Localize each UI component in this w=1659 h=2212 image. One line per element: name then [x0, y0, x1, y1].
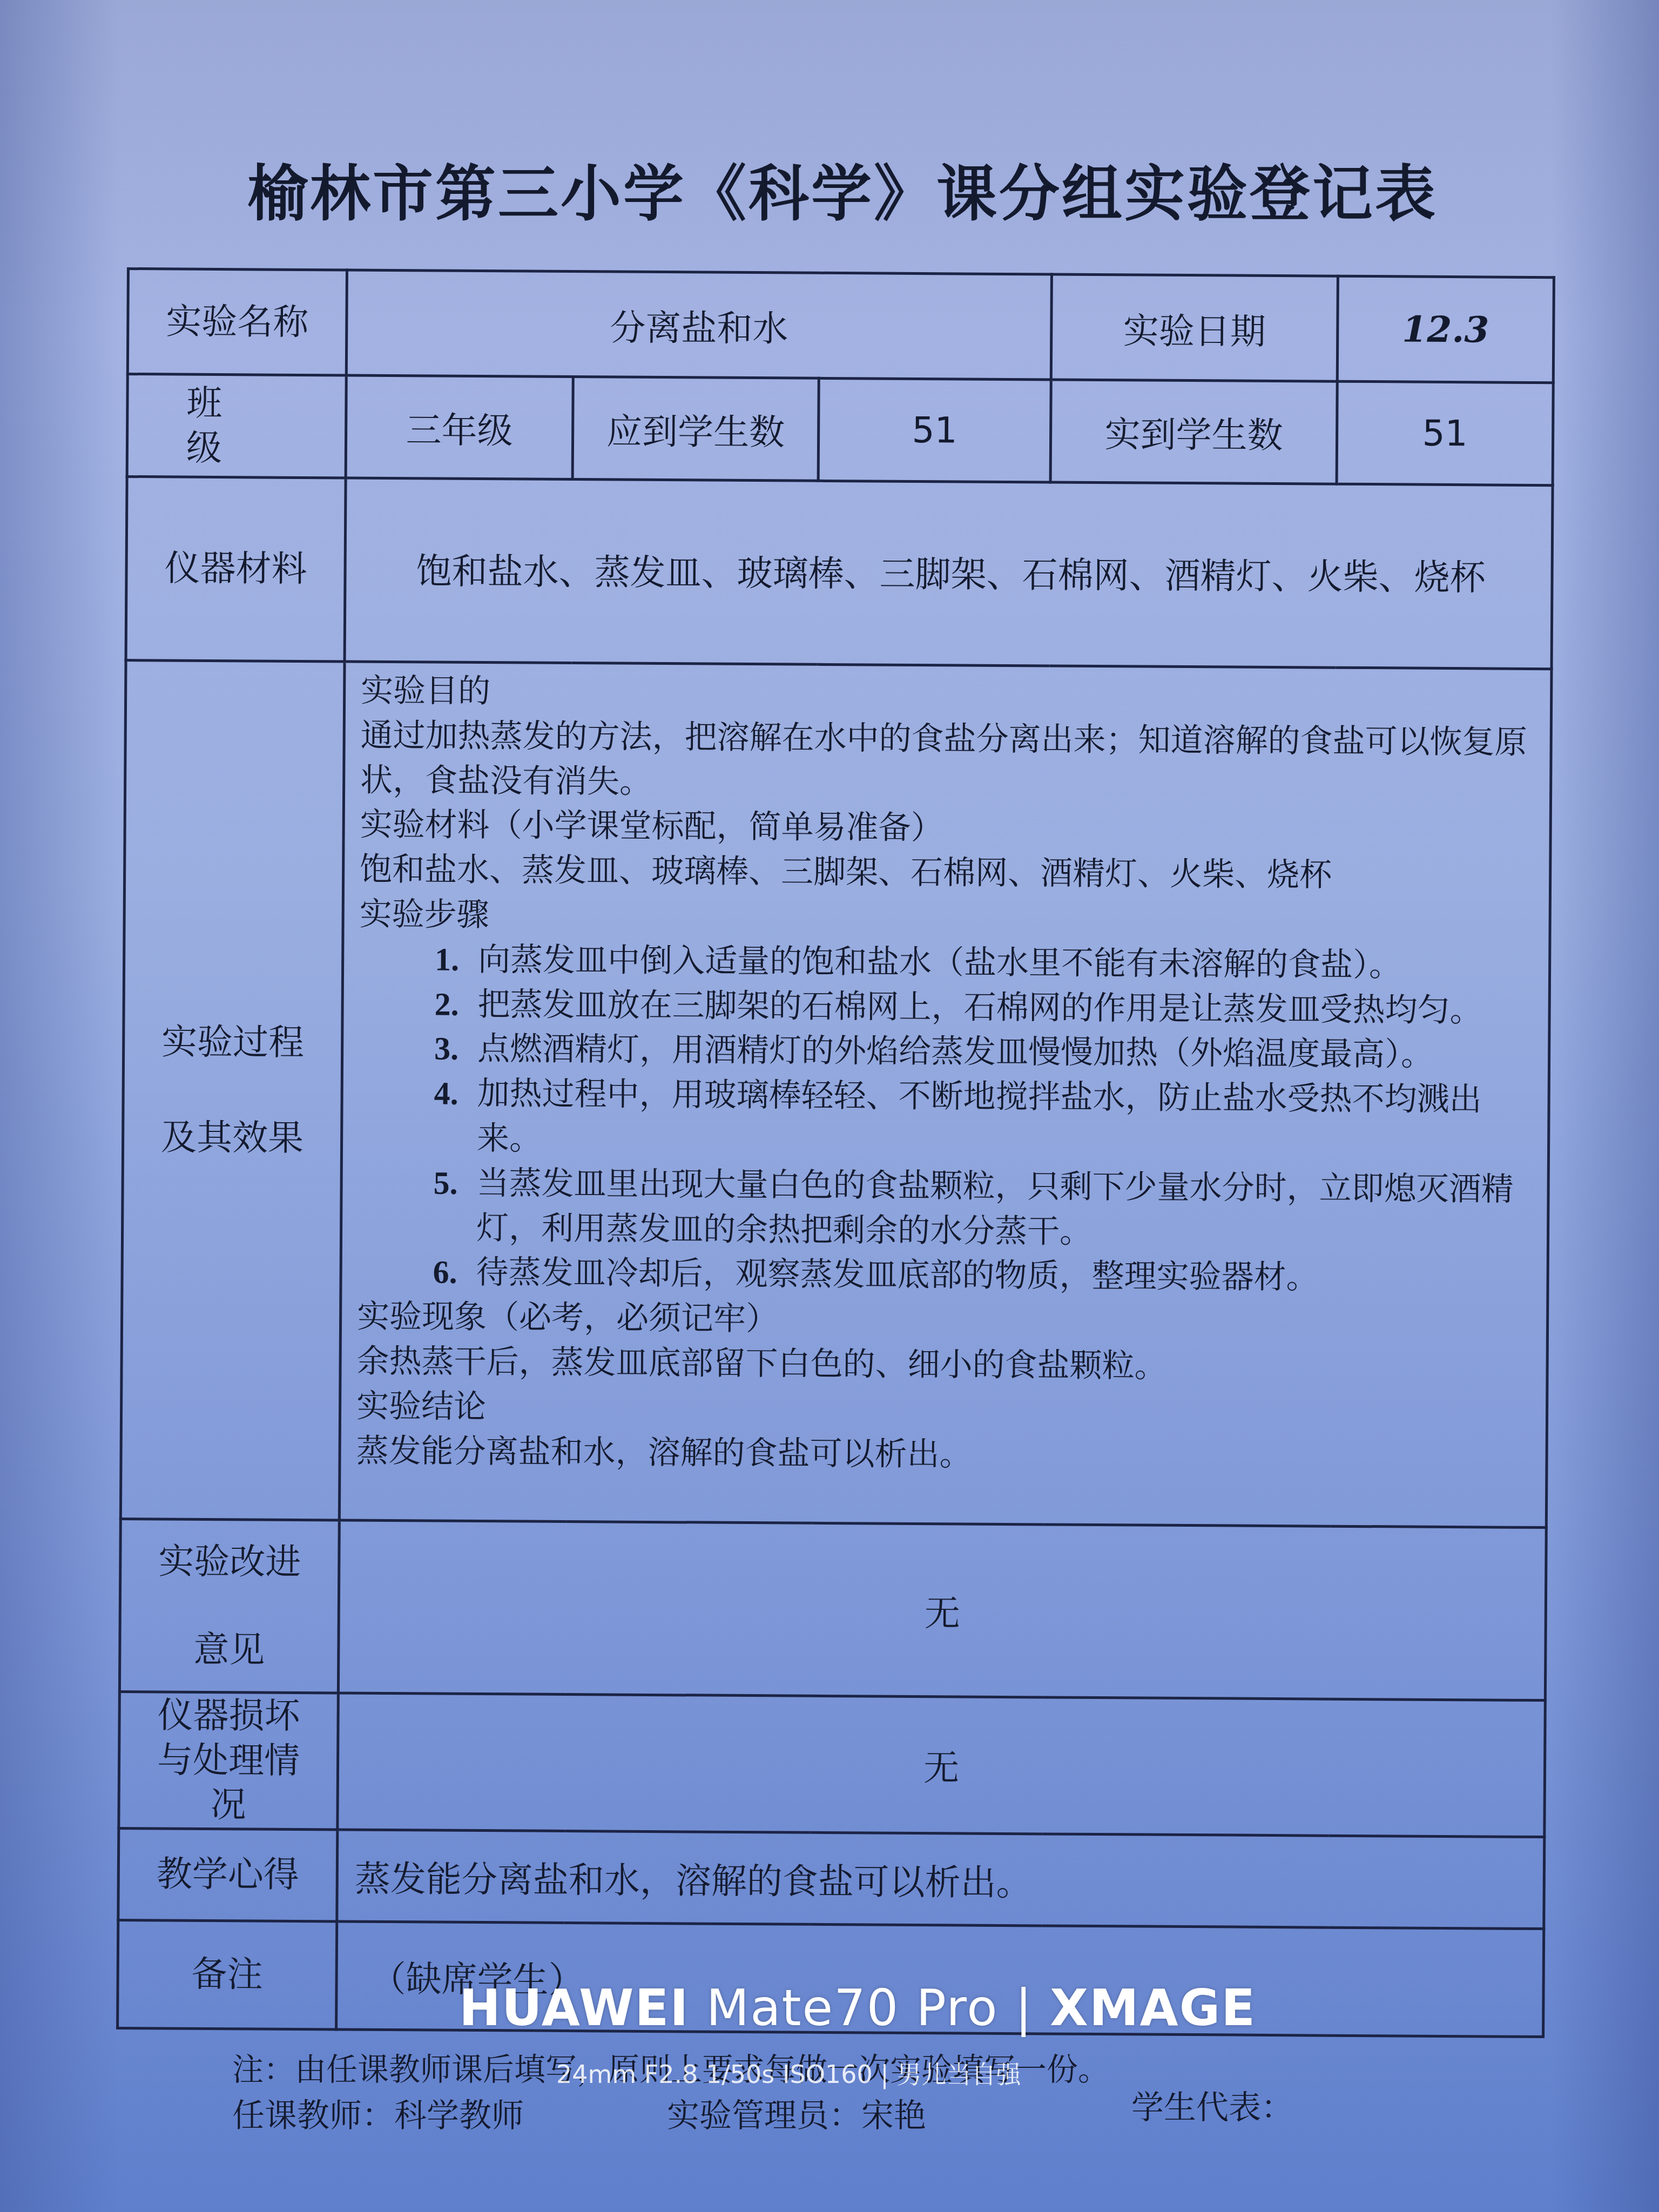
actual-students-value: 51 — [1337, 381, 1553, 485]
process-content: 实验目的 通过加热蒸发的方法，把溶解在水中的食盐分离出来；知道溶解的食盐可以恢复… — [339, 662, 1552, 1528]
experiment-name-value: 分离盐和水 — [346, 270, 1051, 380]
expected-students-value: 51 — [818, 378, 1051, 482]
equipment-label: 仪器材料 — [126, 477, 346, 662]
experiment-name-label: 实验名称 — [127, 269, 347, 375]
photo-shadow-right — [1551, 0, 1659, 2212]
purpose-text: 通过加热蒸发的方法，把溶解在水中的食盐分离出来；知道溶解的食盐可以恢复原状，食盐… — [360, 713, 1539, 810]
experiment-registration-table: 实验名称 分离盐和水 实验日期 12.3 班级 三年级 应到学生数 51 实到学… — [116, 267, 1555, 2038]
watermark-brand: HUAWEI — [459, 1979, 690, 2037]
materials-heading: 实验材料（小学课堂标配，简单易准备） — [360, 802, 1538, 854]
remarks-label: 备注 — [118, 1920, 337, 2029]
step-item: 加热过程中，用玻璃棒轻轻、不断地搅拌盐水，防止盐水受热不均溅出来。 — [466, 1071, 1537, 1168]
materials-text: 饱和盐水、蒸发皿、玻璃棒、三脚架、石棉网、酒精灯、火柴、烧杯 — [360, 847, 1538, 899]
improvement-value: 无 — [338, 1520, 1546, 1701]
lab-manager-signature: 实验管理员：宋艳 — [667, 2090, 926, 2136]
step-item: 把蒸发皿放在三脚架的石棉网上，石棉网的作用是让蒸发皿受热均匀。 — [467, 982, 1537, 1033]
row-damage: 仪器损坏与处理情况 无 — [119, 1691, 1546, 1837]
steps-list: 向蒸发皿中倒入适量的饱和盐水（盐水里不能有未溶解的食盐）。 把蒸发皿放在三脚架的… — [357, 936, 1537, 1301]
conclusion-text: 蒸发能分离盐和水，溶解的食盐可以析出。 — [356, 1428, 1534, 1480]
expected-students-label: 应到学生数 — [572, 377, 819, 481]
conclusion-heading: 实验结论 — [356, 1384, 1535, 1435]
row-experiment-name: 实验名称 分离盐和水 实验日期 12.3 — [127, 269, 1554, 383]
process-label-line2: 及其效果 — [124, 1115, 340, 1161]
process-label: 实验过程 及其效果 — [120, 660, 345, 1520]
step-item: 当蒸发皿里出现大量白色的食盐颗粒，只剩下少量水分时，立即熄灭酒精灯，利用蒸发皿的… — [466, 1161, 1536, 1257]
row-process: 实验过程 及其效果 实验目的 通过加热蒸发的方法，把溶解在水中的食盐分离出来；知… — [120, 660, 1552, 1528]
experiment-date-label: 实验日期 — [1051, 274, 1338, 381]
process-label-line1: 实验过程 — [125, 1020, 341, 1065]
phenomenon-heading: 实验现象（必考，必须记牢） — [357, 1294, 1535, 1346]
row-equipment: 仪器材料 饱和盐水、蒸发皿、玻璃棒、三脚架、石棉网、酒精灯、火柴、烧杯 — [126, 477, 1553, 669]
watermark-separator: | — [1015, 1979, 1033, 2037]
row-class-students: 班级 三年级 应到学生数 51 实到学生数 51 — [127, 374, 1553, 485]
teaching-notes-label: 教学心得 — [118, 1828, 338, 1921]
teaching-notes-value: 蒸发能分离盐和水，溶解的食盐可以析出。 — [337, 1829, 1545, 1928]
step-item: 待蒸发皿冷却后，观察蒸发皿底部的物质，整理实验器材。 — [465, 1250, 1536, 1301]
student-representative-signature: 学生代表： — [1131, 2082, 1293, 2128]
row-teaching-notes: 教学心得 蒸发能分离盐和水，溶解的食盐可以析出。 — [118, 1828, 1545, 1928]
watermark-model: Mate70 Pro — [706, 1979, 999, 2037]
photo-shadow-left — [0, 0, 119, 2212]
experiment-date-value-handwritten: 12.3 — [1337, 276, 1554, 382]
actual-students-label: 实到学生数 — [1050, 380, 1337, 484]
improvement-label: 实验改进 意见 — [119, 1519, 339, 1692]
improvement-label-line2: 意见 — [121, 1627, 337, 1673]
phenomenon-text: 余热蒸干后，蒸发皿底部留下白色的、细小的食盐颗粒。 — [356, 1339, 1535, 1391]
camera-exif-watermark: 24mm F2.8 1/50s ISO160 | 男儿当自强 — [556, 2055, 1021, 2090]
document-title: 榆林市第三小学《科学》课分组实验登记表 — [238, 146, 1447, 233]
steps-heading: 实验步骤 — [359, 892, 1537, 944]
damage-value: 无 — [338, 1693, 1546, 1837]
row-improvement: 实验改进 意见 无 — [119, 1519, 1546, 1700]
damage-label: 仪器损坏与处理情况 — [119, 1691, 339, 1829]
teacher-signature: 任课教师：科学教师 — [232, 2090, 524, 2136]
class-value: 三年级 — [346, 375, 573, 480]
class-label: 班级 — [127, 374, 346, 478]
camera-watermark: HUAWEI Mate70 Pro | XMAGE — [459, 1979, 1256, 2037]
purpose-heading: 实验目的 — [361, 669, 1539, 720]
step-item: 向蒸发皿中倒入适量的饱和盐水（盐水里不能有未溶解的食盐）。 — [467, 938, 1538, 989]
watermark-imaging: XMAGE — [1050, 1979, 1256, 2037]
equipment-value: 饱和盐水、蒸发皿、玻璃棒、三脚架、石棉网、酒精灯、火柴、烧杯 — [345, 478, 1553, 669]
improvement-label-line1: 实验改进 — [122, 1539, 338, 1585]
step-item: 点燃酒精灯，用酒精灯的外焰给蒸发皿慢慢加热（外焰温度最高）。 — [467, 1027, 1537, 1078]
